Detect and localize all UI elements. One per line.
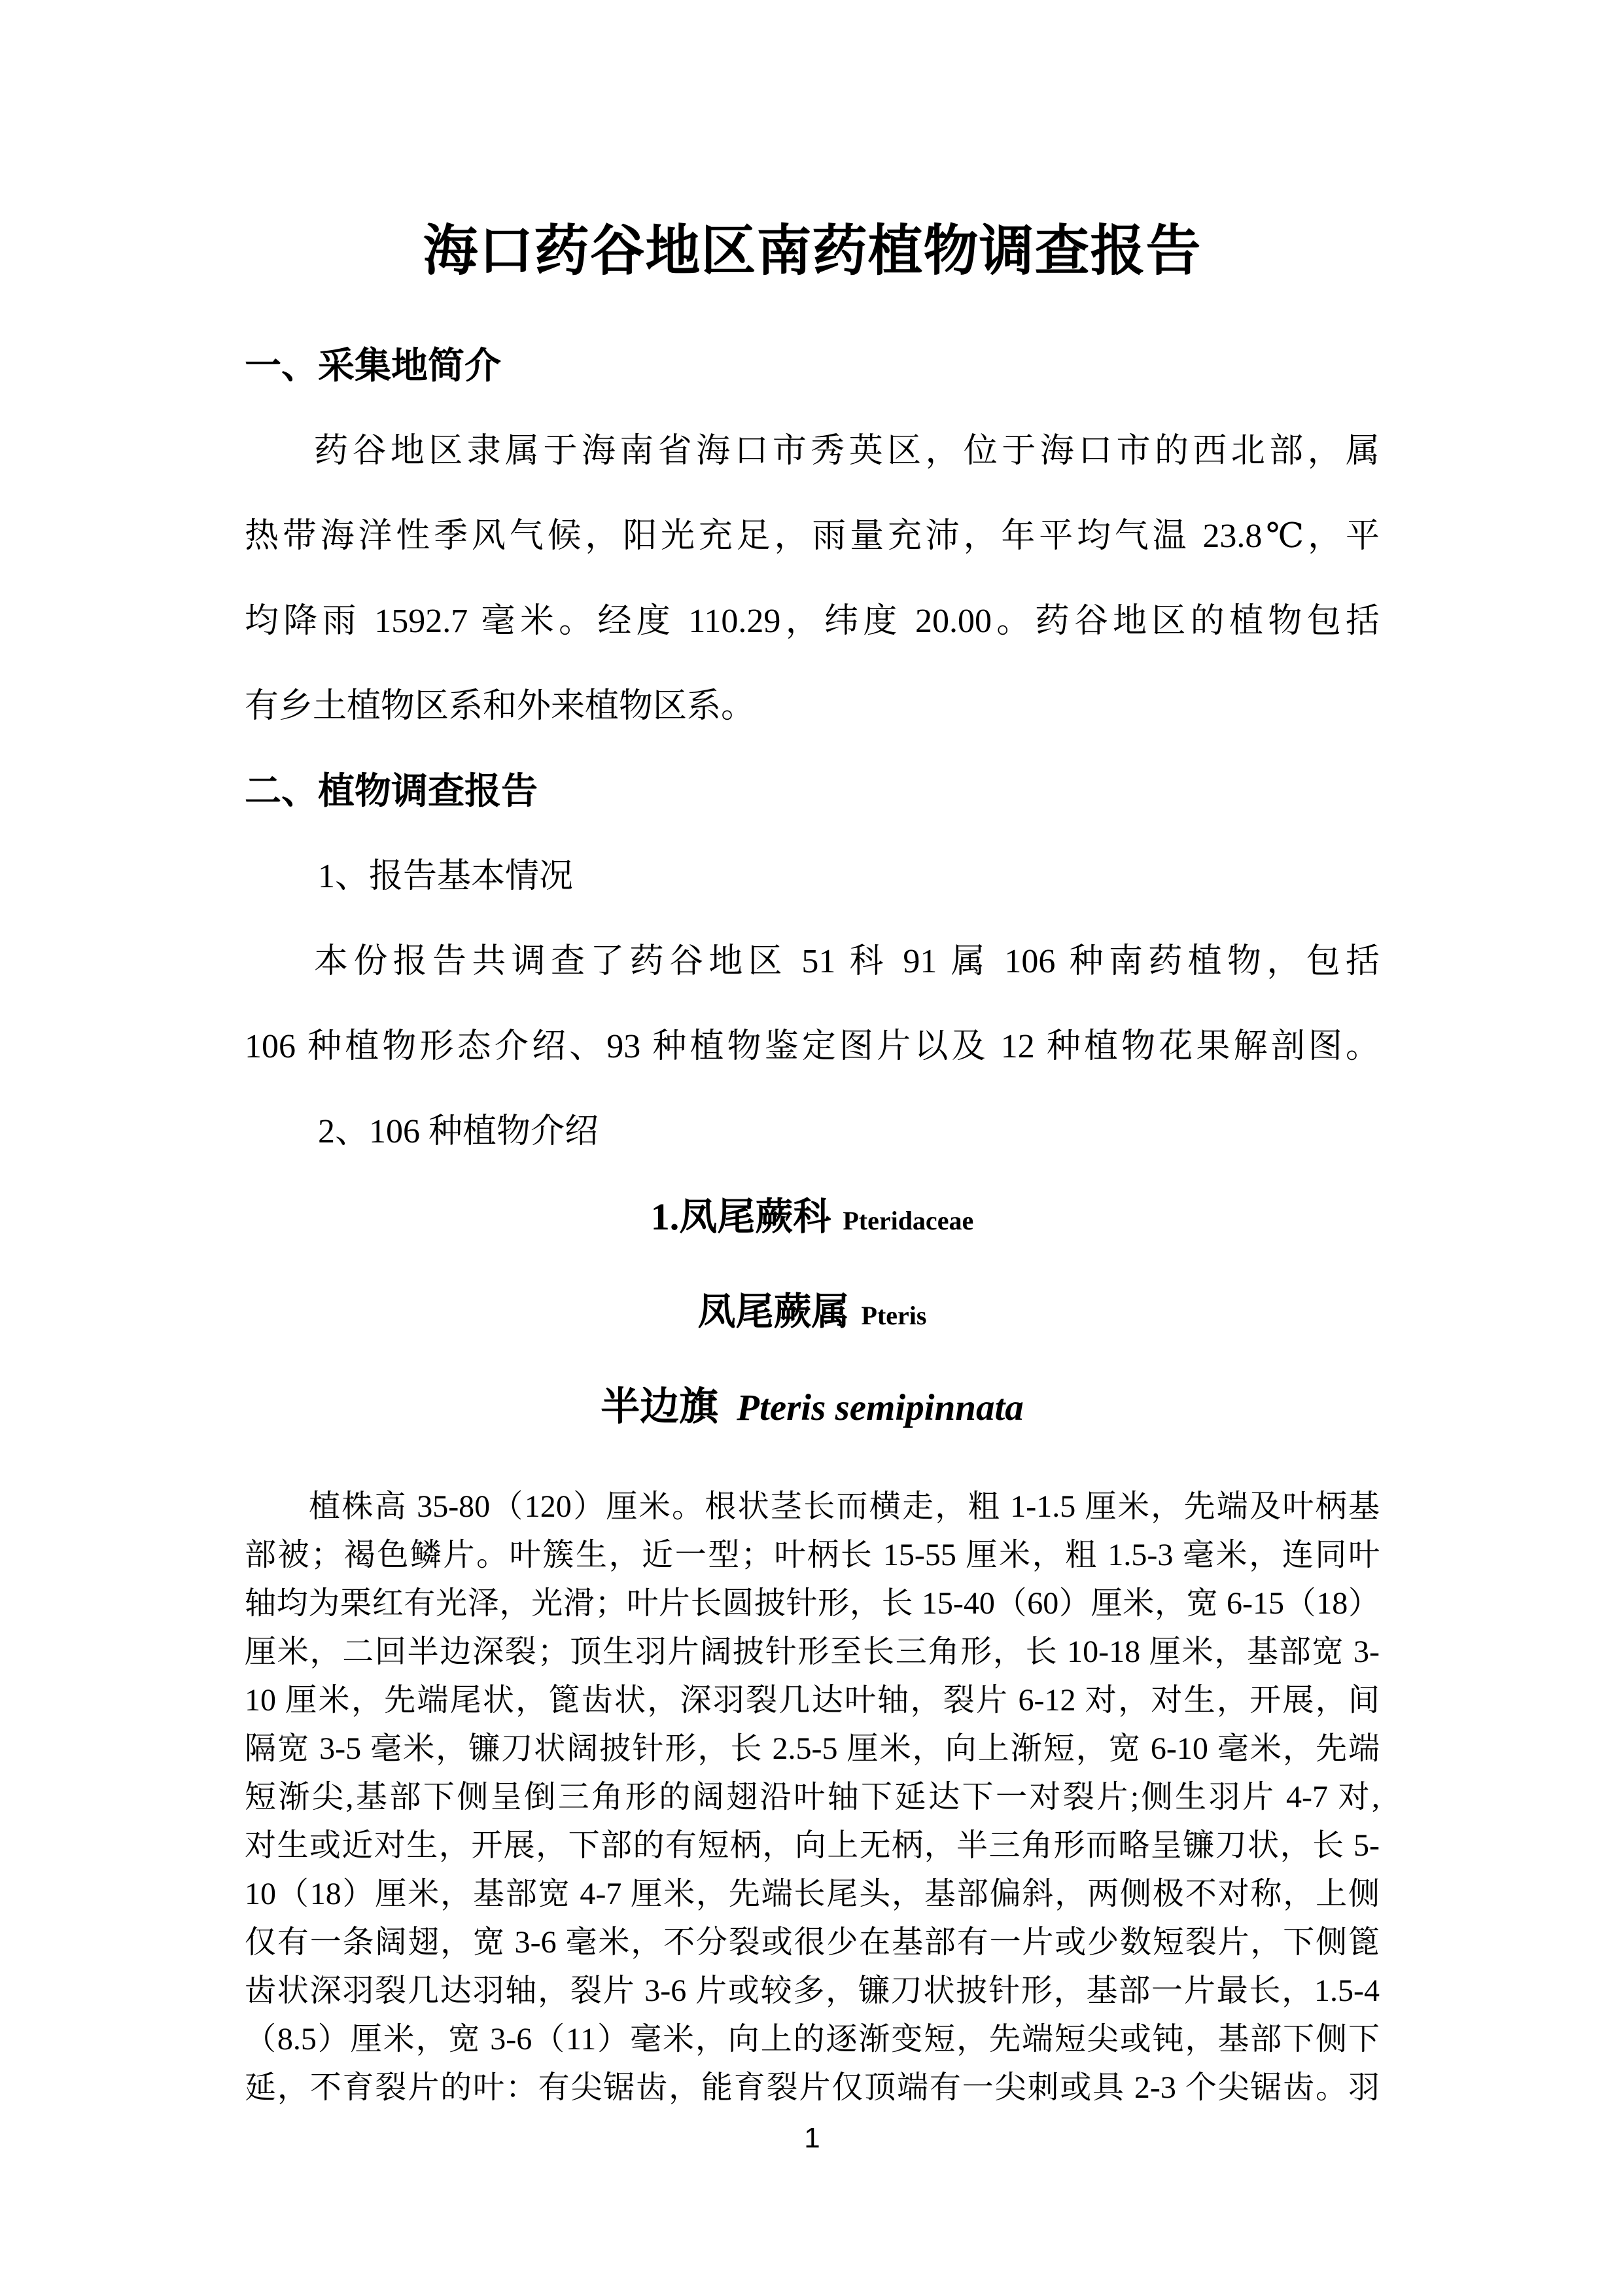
plant-species-latin: Pteris semipinnata	[737, 1387, 1024, 1428]
description-line: 轴均为栗红有光泽，光滑；叶片长圆披针形，长 15-40（60）厘米，宽 6-15…	[245, 1580, 1380, 1628]
description-line: 植株高 35-80（120）厘米。根状茎长而横走，粗 1-1.5 厘米，先端及叶…	[245, 1483, 1380, 1531]
description-line: 短渐尖,基部下侧呈倒三角形的阔翅沿叶轴下延达下一对裂片;侧生羽片 4-7 对,	[245, 1773, 1380, 1822]
section2-item1: 1、报告基本情况	[245, 834, 1380, 919]
description-line: 10 厘米，先端尾状，篦齿状，深羽裂几达叶轴，裂片 6-12 对，对生，开展，间	[245, 1676, 1380, 1725]
plant-species-cn: 半边旗	[601, 1385, 718, 1428]
description-line: （8.5）厘米，宽 3-6（11）毫米，向上的逐渐变短，先端短尖或钝，基部下侧下	[245, 2015, 1380, 2064]
section2-item2: 2、106 种植物介绍	[245, 1089, 1380, 1174]
plant-genus-heading: 凤尾蕨属Pteris	[245, 1269, 1380, 1364]
plant-genus-latin: Pteris	[862, 1301, 927, 1330]
paragraph-line: 热带海洋性季风气候，阳光充足，雨量充沛，年平均气温 23.8℃，平	[245, 494, 1380, 579]
description-line: 延，不育裂片的叶：有尖锯齿，能育裂片仅顶端有一尖刺或具 2-3 个尖锯齿。羽	[245, 2064, 1380, 2112]
section1-paragraph: 药谷地区隶属于海南省海口市秀英区，位于海口市的西北部，属 热带海洋性季风气候，阳…	[245, 409, 1380, 749]
document-page: 海口药谷地区南药植物调查报告 一、采集地简介 药谷地区隶属于海南省海口市秀英区，…	[0, 0, 1623, 2296]
description-line: 齿状深羽裂几达羽轴，裂片 3-6 片或较多，镰刀状披针形，基部一片最长，1.5-…	[245, 1967, 1380, 2015]
section2-paragraph: 本份报告共调查了药谷地区 51 科 91 属 106 种南药植物，包括 106 …	[245, 919, 1380, 1089]
plant-genus-cn: 凤尾蕨属	[698, 1290, 850, 1333]
description-line: 厘米，二回半边深裂；顶生羽片阔披针形至长三角形，长 10-18 厘米，基部宽 3…	[245, 1628, 1380, 1676]
section1-heading: 一、采集地简介	[245, 324, 1380, 409]
description-line: 隔宽 3-5 毫米，镰刀状阔披针形，长 2.5-5 厘米，向上渐短，宽 6-10…	[245, 1725, 1380, 1773]
paragraph-line: 均降雨 1592.7 毫米。经度 110.29，纬度 20.00。药谷地区的植物…	[245, 579, 1380, 664]
description-line: 10（18）厘米，基部宽 4-7 厘米，先端长尾头，基部偏斜，两侧极不对称，上侧	[245, 1870, 1380, 1918]
description-line: 仅有一条阔翅，宽 3-6 毫米，不分裂或很少在基部有一片或少数短裂片，下侧篦	[245, 1918, 1380, 1967]
plant-family-latin: Pteridaceae	[843, 1206, 973, 1235]
paragraph-line: 药谷地区隶属于海南省海口市秀英区，位于海口市的西北部，属	[245, 409, 1380, 494]
plant-species-heading: 半边旗Pteris semipinnata	[245, 1364, 1380, 1460]
paragraph-line: 106 种植物形态介绍、93 种植物鉴定图片以及 12 种植物花果解剖图。	[245, 1004, 1380, 1089]
description-line: 对生或近对生，开展，下部的有短柄，向上无柄，半三角形而略呈镰刀状，长 5-	[245, 1822, 1380, 1870]
section2-heading: 二、植物调查报告	[245, 749, 1380, 834]
doc-title: 海口药谷地区南药植物调查报告	[245, 216, 1380, 288]
plant-family-cn: 1.凤尾蕨科	[651, 1195, 831, 1238]
description-line: 部被；褐色鳞片。叶簇生，近一型；叶柄长 15-55 厘米，粗 1.5-3 毫米，…	[245, 1531, 1380, 1580]
paragraph-line: 本份报告共调查了药谷地区 51 科 91 属 106 种南药植物，包括	[245, 919, 1380, 1004]
paragraph-line: 有乡土植物区系和外来植物区系。	[245, 664, 1380, 749]
page-number: 1	[245, 2119, 1380, 2158]
plant-description: 植株高 35-80（120）厘米。根状茎长而横走，粗 1-1.5 厘米，先端及叶…	[245, 1483, 1380, 2112]
plant-family-heading: 1.凤尾蕨科Pteridaceae	[245, 1174, 1380, 1269]
